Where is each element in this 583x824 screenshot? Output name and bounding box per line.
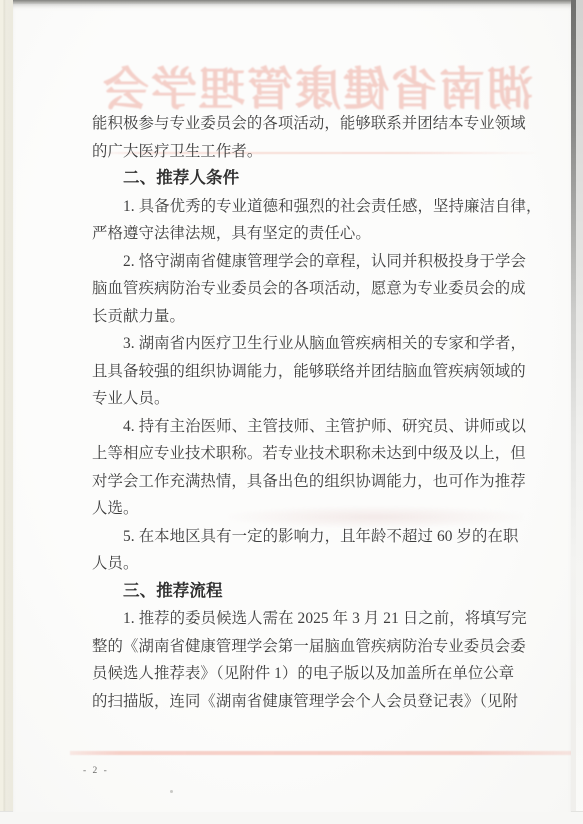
text-line: 整的《湖南省健康管理学会第一届脑血管疾病防治专业委员会委	[92, 633, 536, 661]
text-line: 3. 湖南省内医疗卫生行业从脑血管疾病相关的专家和学者，	[92, 330, 536, 358]
section-heading: 三、推荐流程	[92, 578, 536, 606]
text-line: 人员。	[92, 550, 536, 578]
text-line: 且具备较强的组织协调能力，能够联络并团结脑血管疾病领域的	[92, 358, 536, 386]
section-heading: 二、推荐人条件	[92, 165, 536, 193]
text-line: 4. 持有主治医师、主管技师、主管护师、研究员、讲师或以	[92, 413, 536, 441]
text-line: 5. 在本地区具有一定的影响力，且年龄不超过 60 岁的在职	[92, 523, 536, 551]
text-line: 员候选人推荐表》（见附件 1）的电子版以及加盖所在单位公章	[92, 660, 536, 688]
document-page: 湖南省健康管理学会 能积极参与专业委员会的各项活动，能够联系并团结本专业领域 的…	[13, 4, 571, 812]
text-line: 人选。	[92, 495, 536, 523]
text-line: 能积极参与专业委员会的各项活动，能够联系并团结本专业领域	[92, 110, 536, 138]
text-line: 1. 推荐的委员候选人需在 2025 年 3 月 21 日之前，将填写完	[92, 605, 536, 633]
text-line: 1. 具备优秀的专业道德和强烈的社会责任感，坚持廉洁自律，	[92, 193, 536, 221]
scanner-edge-bottom	[0, 811, 583, 824]
scanned-document-view: 湖南省健康管理学会 能积极参与专业委员会的各项活动，能够联系并团结本专业领域 的…	[0, 0, 583, 824]
bleedthrough-rule-bottom	[70, 751, 571, 755]
page-number: - 2 -	[83, 766, 109, 776]
text-line: 对学会工作充满热情，具备出色的组织协调能力，也可作为推荐	[92, 468, 536, 496]
text-line: 长贡献力量。	[92, 303, 536, 331]
text-line: 2. 恪守湖南省健康管理学会的章程，认同并积极投身于学会	[92, 248, 536, 276]
text-line: 专业人员。	[92, 385, 536, 413]
document-text: 能积极参与专业委员会的各项活动，能够联系并团结本专业领域 的广大医疗卫生工作者。…	[92, 110, 536, 715]
text-line: 脑血管疾病防治专业委员会的各项活动，愿意为专业委员会的成	[92, 275, 536, 303]
scan-dust-speck	[170, 790, 173, 793]
text-line: 上等相应专业技术职称。若专业技术职称未达到中级及以上，但	[92, 440, 536, 468]
text-line: 的扫描版，连同《湖南省健康管理学会个人会员登记表》（见附	[92, 688, 536, 716]
text-line: 严格遵守法律法规，具有坚定的责任心。	[92, 220, 536, 248]
scanner-edge-right-outer	[576, 0, 583, 824]
text-line: 的广大医疗卫生工作者。	[92, 138, 536, 166]
scanner-edge-left	[0, 0, 13, 824]
